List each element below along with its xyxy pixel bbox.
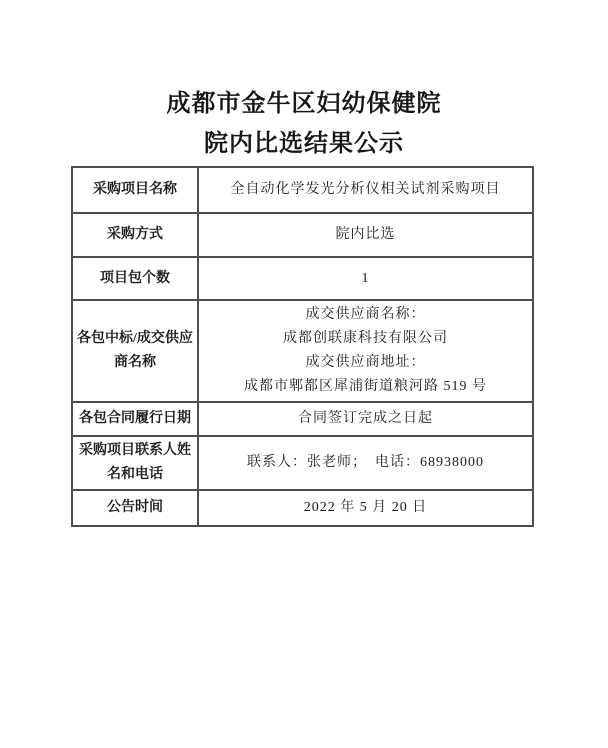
page-title-line1: 成都市金牛区妇幼保健院 bbox=[0, 84, 608, 124]
row-label: 各包合同履行日期 bbox=[72, 402, 198, 436]
row-value: 合同签订完成之日起 bbox=[198, 402, 533, 436]
table-row-contact-info: 采购项目联系人姓 名和电话 联系人：张老师； 电话：68938000 bbox=[72, 436, 533, 490]
row-label: 采购项目名称 bbox=[72, 167, 198, 213]
table-row-contract-date: 各包合同履行日期 合同签订完成之日起 bbox=[72, 402, 533, 436]
page-title: 成都市金牛区妇幼保健院 院内比选结果公示 bbox=[0, 84, 608, 164]
row-label: 项目包个数 bbox=[72, 257, 198, 300]
row-value: 2022 年 5 月 20 日 bbox=[198, 490, 533, 526]
table-row-package-count: 项目包个数 1 bbox=[72, 257, 533, 300]
row-value: 成交供应商名称： 成都创联康科技有限公司 成交供应商地址： 成都市郫都区犀浦街道… bbox=[198, 300, 533, 402]
table-row-procurement-method: 采购方式 院内比选 bbox=[72, 213, 533, 257]
row-value: 联系人：张老师； 电话：68938000 bbox=[198, 436, 533, 490]
table-row-announcement-date: 公告时间 2022 年 5 月 20 日 bbox=[72, 490, 533, 526]
row-label: 采购方式 bbox=[72, 213, 198, 257]
notice-document: 成都市金牛区妇幼保健院 院内比选结果公示 采购项目名称 全自动化学发光分析仪相关… bbox=[0, 0, 608, 748]
row-label: 采购项目联系人姓 名和电话 bbox=[72, 436, 198, 490]
notice-table: 采购项目名称 全自动化学发光分析仪相关试剂采购项目 采购方式 院内比选 项目包个… bbox=[71, 166, 534, 527]
table-row-project-name: 采购项目名称 全自动化学发光分析仪相关试剂采购项目 bbox=[72, 167, 533, 213]
page-title-line2: 院内比选结果公示 bbox=[0, 124, 608, 164]
row-label: 各包中标/成交供应 商名称 bbox=[72, 300, 198, 402]
row-value: 全自动化学发光分析仪相关试剂采购项目 bbox=[198, 167, 533, 213]
table-row-supplier-info: 各包中标/成交供应 商名称 成交供应商名称： 成都创联康科技有限公司 成交供应商… bbox=[72, 300, 533, 402]
row-label: 公告时间 bbox=[72, 490, 198, 526]
row-value: 1 bbox=[198, 257, 533, 300]
row-value: 院内比选 bbox=[198, 213, 533, 257]
